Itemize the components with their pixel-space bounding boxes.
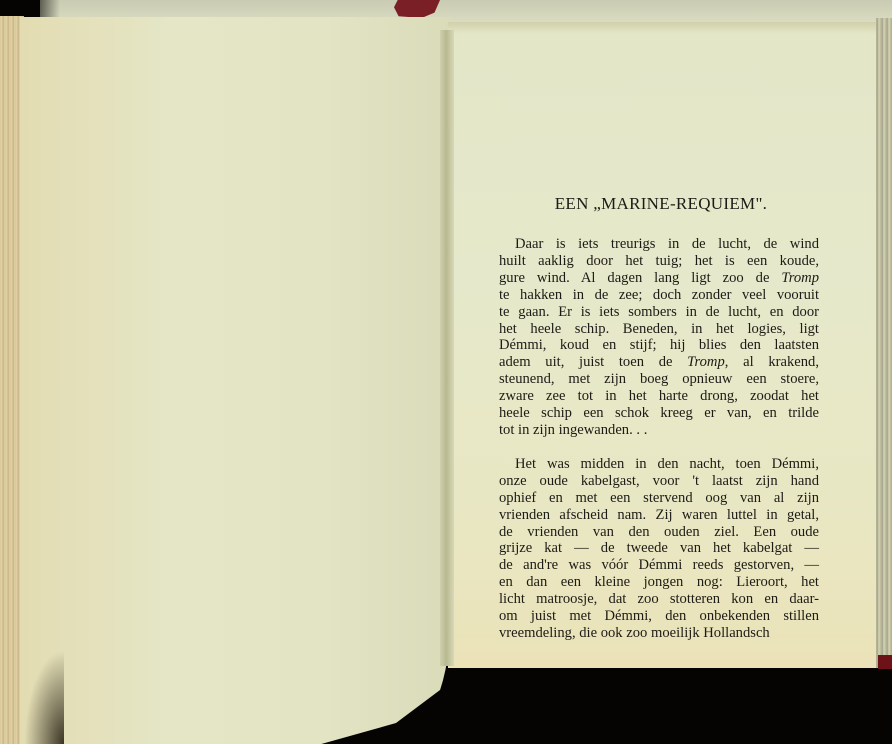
italic-ship-name: Tromp xyxy=(781,270,819,286)
right-page-top-shade xyxy=(448,22,878,34)
text-line: gure wind. Al dagen lang ligt zoo de Tro… xyxy=(499,270,819,287)
text-line: de vrienden van den ouden ziel. Een oude xyxy=(499,524,819,541)
text-line: ophief en met een stervend oog van al zi… xyxy=(499,490,819,507)
text-line: Het was midden in den nacht, toen Démmi, xyxy=(499,456,819,473)
text-line: tot in zijn ingewanden. . . xyxy=(499,422,819,439)
text-line: grijze kat — de tweede van het kabelgat … xyxy=(499,540,819,557)
right-page-stack-edges xyxy=(876,18,892,668)
left-page-shadow xyxy=(24,650,64,744)
left-page-blank xyxy=(20,17,450,744)
text-line: te gaan. Er is iets sombers in de lucht,… xyxy=(499,304,819,321)
text-line: zware zee tot in het harte drong, zoodat… xyxy=(499,388,819,405)
chapter-title: EEN „MARINE-REQUIEM". xyxy=(503,194,819,214)
text-line: licht matroosje, dat zoo stotteren kon e… xyxy=(499,591,819,608)
book-spread-scan: EEN „MARINE-REQUIEM". Daar is iets treur… xyxy=(0,0,892,744)
text-line: en dan een kleine jongen nog: Lieroort, … xyxy=(499,574,819,591)
text-line: onze oude kabelgast, voor 't laatst zijn… xyxy=(499,473,819,490)
right-page: EEN „MARINE-REQUIEM". Daar is iets treur… xyxy=(448,22,878,668)
text-line: steunend, met zijn boeg opnieuw een stoe… xyxy=(499,371,819,388)
paragraph-1: Daar is iets treurigs in de lucht, de wi… xyxy=(499,236,819,439)
text-line: het heele schip. Beneden, in het logies,… xyxy=(499,321,819,338)
text-line: heele schip een schok kreeg er van, en t… xyxy=(499,405,819,422)
text-line: Daar is iets treurigs in de lucht, de wi… xyxy=(499,236,819,253)
text-line: te hakken in de zee; doch zonder veel vo… xyxy=(499,287,819,304)
text-line: vreemdeling, die ook zoo moeilijk Hollan… xyxy=(499,625,819,642)
text-line: huilt aaklig door het tuig; het is een k… xyxy=(499,253,819,270)
page-text-block: EEN „MARINE-REQUIEM". Daar is iets treur… xyxy=(499,194,819,642)
text-line: vrienden afscheid nam. Zij waren luttel … xyxy=(499,507,819,524)
text-line: Démmi, koud en stijf; hij blies den laat… xyxy=(499,337,819,354)
text-line: adem uit, juist toen de Tromp, al kraken… xyxy=(499,354,819,371)
text-line: de and're was vóór Démmi reeds gestorven… xyxy=(499,557,819,574)
book-gutter xyxy=(440,30,454,666)
paragraph-2: Het was midden in den nacht, toen Démmi,… xyxy=(499,456,819,642)
text-line: om juist met Démmi, den onbekenden still… xyxy=(499,608,819,625)
back-cover-red-corner xyxy=(878,655,892,669)
italic-ship-name: Tromp xyxy=(687,354,725,370)
